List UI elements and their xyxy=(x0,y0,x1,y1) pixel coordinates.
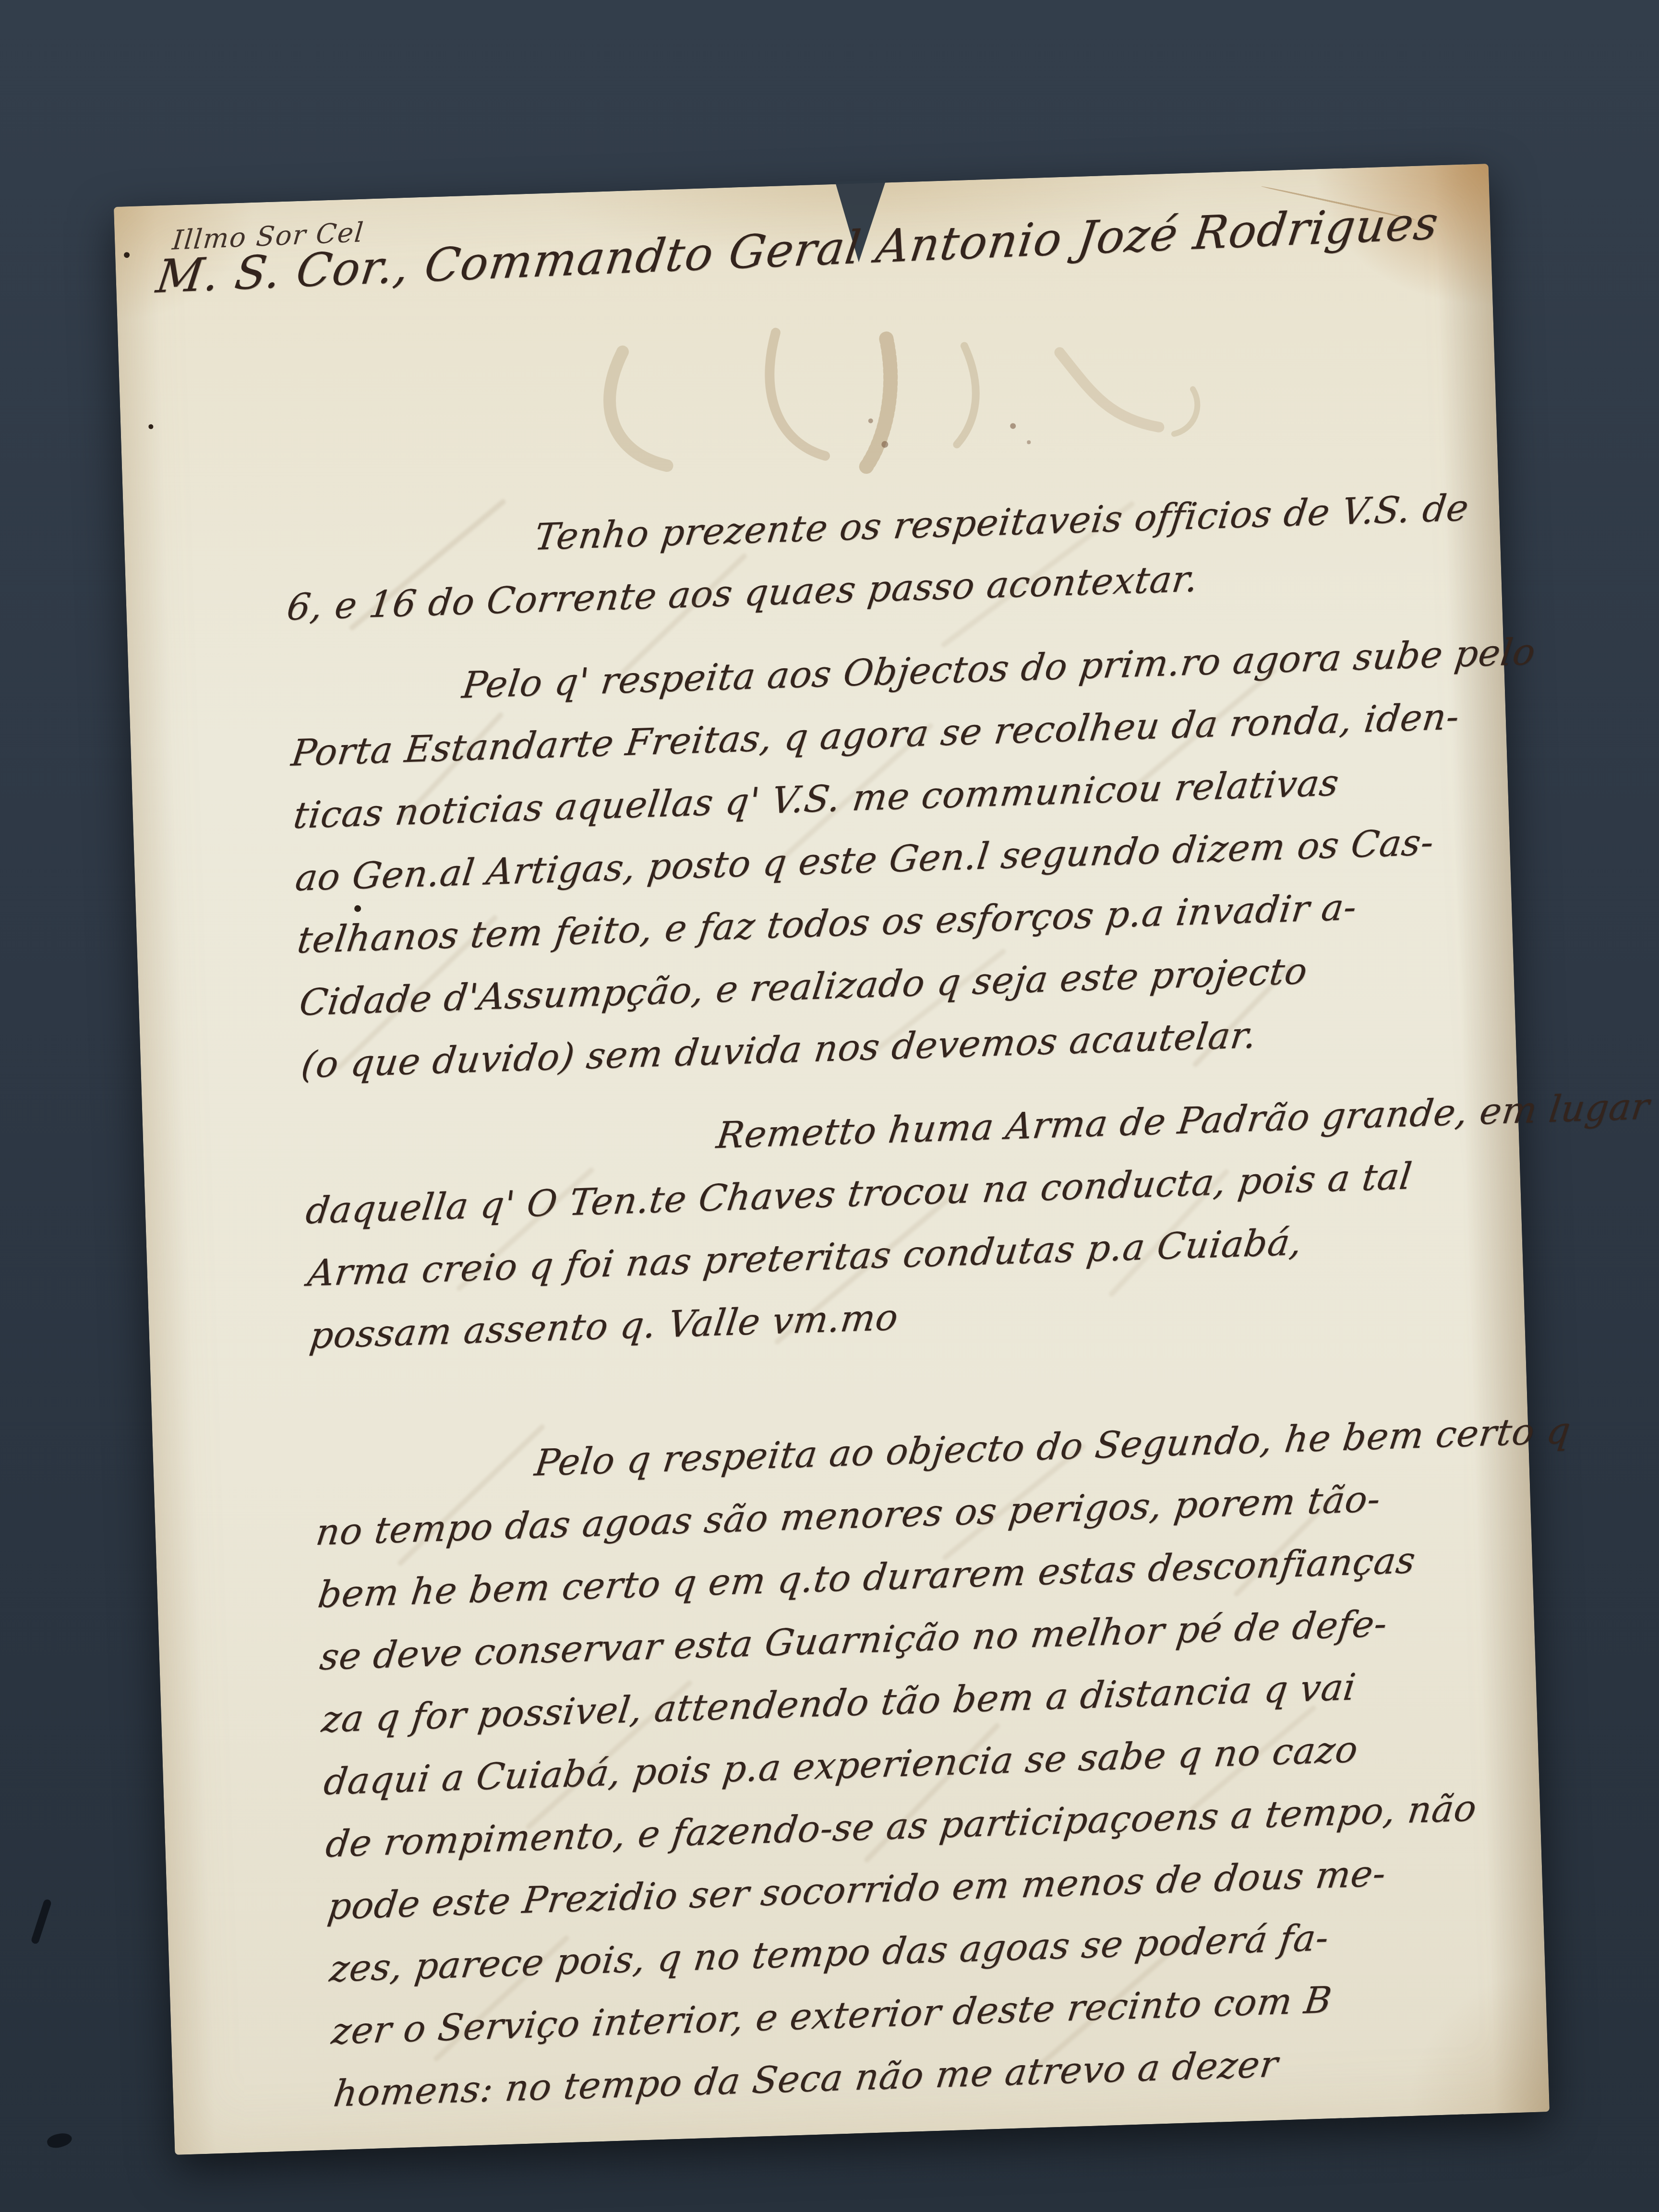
ink-speck xyxy=(148,424,153,429)
background-ink-mark xyxy=(46,2131,73,2150)
manuscript-page: Illmo Sor Cel M. S. Cor., Commandto Gera… xyxy=(114,164,1550,2155)
paragraph: Pelo q respeita ao objecto do Segundo, h… xyxy=(313,1402,1520,2125)
paragraph: Pelo q' respeita aos Objectos do prim.ro… xyxy=(289,622,1488,1096)
letter-header: Illmo Sor Cel M. S. Cor., Commandto Gera… xyxy=(155,172,1430,336)
manuscript-body: Tenho prezente os respeitaveis officios … xyxy=(284,477,1520,2125)
photograph-of-manuscript: { "scene": { "background_color": "#2e384… xyxy=(0,0,1659,2212)
faded-ink-blot xyxy=(549,289,1251,512)
addressee-line: M. S. Cor., Commandto Geral Antonio Jozé… xyxy=(153,197,1442,304)
ink-speck xyxy=(124,252,130,258)
background-ink-mark xyxy=(31,1899,52,1945)
paragraph: Remetto huma Arma de Padrão grande, em l… xyxy=(303,1080,1496,1367)
paragraph: Tenho prezente os respeitaveis officios … xyxy=(284,477,1473,638)
